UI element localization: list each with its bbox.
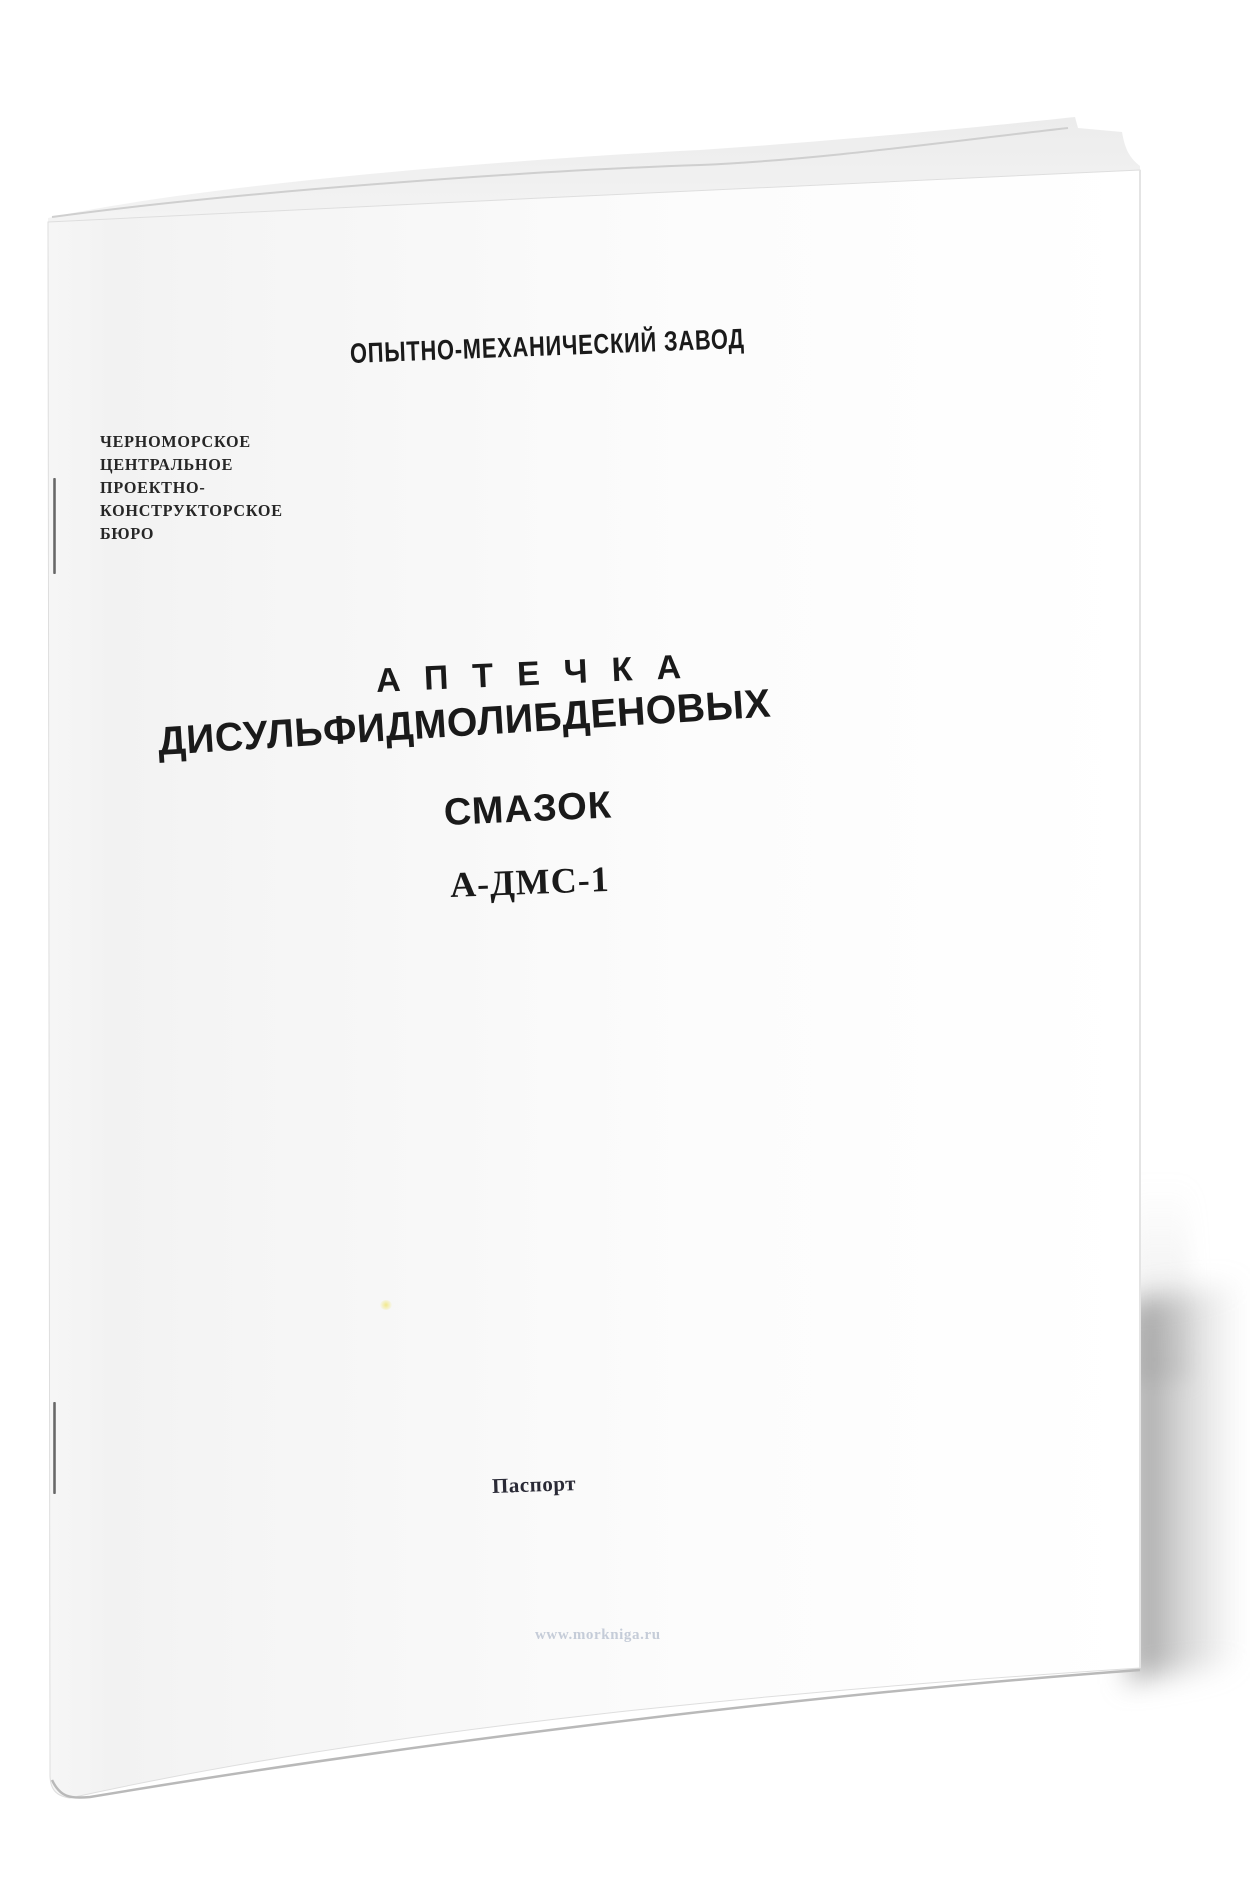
- title-line-3: СМАЗОК: [443, 784, 613, 835]
- organization-line: ЦЕНТРАЛЬНОЕ: [100, 453, 283, 476]
- booklet-scene: ОПЫТНО-МЕХАНИЧЕСКИЙ ЗАВОД ЧЕРНОМОРСКОЕ Ц…: [0, 0, 1250, 1895]
- staple-icon: [53, 478, 56, 574]
- organization-block: ЧЕРНОМОРСКОЕ ЦЕНТРАЛЬНОЕ ПРОЕКТНО- КОНСТ…: [100, 430, 283, 545]
- cover-content: ОПЫТНО-МЕХАНИЧЕСКИЙ ЗАВОД ЧЕРНОМОРСКОЕ Ц…: [0, 0, 1250, 1895]
- watermark-url: www.morkniga.ru: [535, 1627, 661, 1644]
- organization-line: БЮРО: [100, 522, 283, 545]
- organization-line: ПРОЕКТНО-: [100, 476, 283, 499]
- organization-line: КОНСТРУКТОРСКОЕ: [100, 499, 283, 522]
- staple-icon: [53, 1402, 56, 1494]
- document-type-label: Паспорт: [492, 1471, 577, 1499]
- organization-line: ЧЕРНОМОРСКОЕ: [100, 430, 283, 453]
- paper-speck: [380, 1300, 392, 1310]
- model-code: А-ДМС-1: [449, 858, 610, 906]
- publisher-name: ОПЫТНО-МЕХАНИЧЕСКИЙ ЗАВОД: [349, 323, 745, 370]
